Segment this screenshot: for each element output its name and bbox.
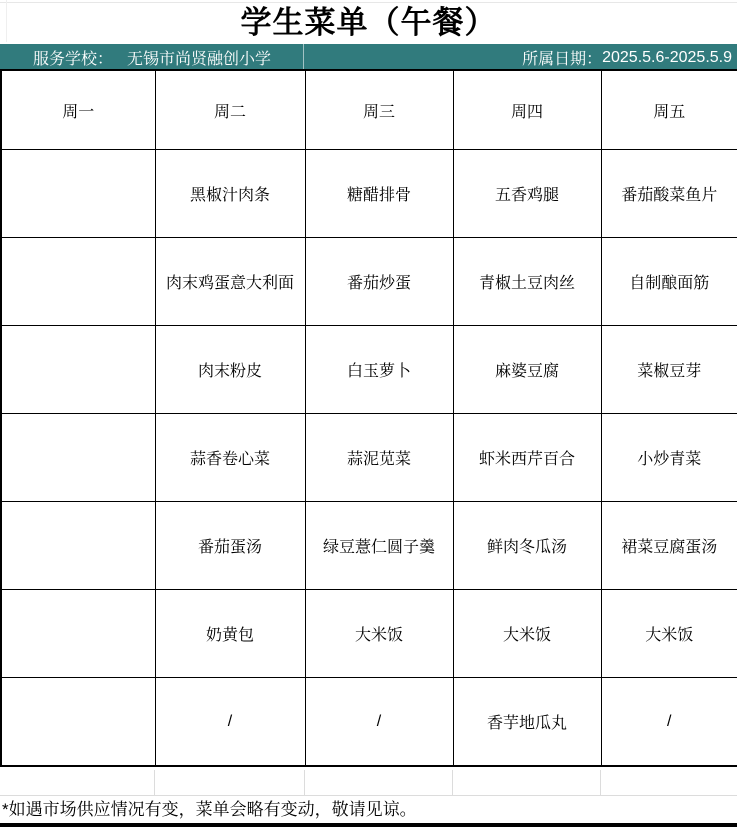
menu-cell: 番茄蛋汤: [155, 502, 305, 590]
menu-cell: 番茄炒蛋: [305, 238, 453, 326]
date-label: 所属日期：: [522, 46, 602, 69]
menu-cell: 绿豆薏仁圆子羹: [305, 502, 453, 590]
menu-cell: 大米饭: [453, 590, 601, 678]
menu-row: 肉末粉皮白玉萝卜麻婆豆腐菜椒豆芽: [1, 326, 737, 414]
menu-row: 蒜香卷心菜蒜泥苋菜虾米西芹百合小炒青菜: [1, 414, 737, 502]
date-info-cell: 所属日期： 2025.5.6-2025.5.9: [304, 44, 737, 71]
page-title: 学生菜单（午餐）: [0, 3, 737, 43]
menu-cell: [1, 326, 155, 414]
menu-cell: 白玉萝卜: [305, 326, 453, 414]
menu-cell: 裙菜豆腐蛋汤: [601, 502, 737, 590]
menu-table: 周一周二周三周四周五黑椒汁肉条糖醋排骨五香鸡腿番茄酸菜鱼片肉末鸡蛋意大利面番茄炒…: [0, 69, 737, 767]
menu-cell: [1, 502, 155, 590]
ghost-gridline: [600, 770, 601, 795]
menu-cell: 香芋地瓜丸: [453, 678, 601, 767]
info-bar: 服务学校： 无锡市尚贤融创小学 所属日期： 2025.5.6-2025.5.9: [0, 44, 737, 71]
menu-cell: 虾米西芹百合: [453, 414, 601, 502]
menu-cell: [1, 150, 155, 238]
ghost-gridline: [154, 770, 155, 795]
menu-cell: [1, 678, 155, 767]
ghost-gridline: [452, 770, 453, 795]
menu-cell: 大米饭: [601, 590, 737, 678]
day-header-cell: 周三: [305, 70, 453, 150]
menu-cell: /: [305, 678, 453, 767]
menu-cell: 大米饭: [305, 590, 453, 678]
day-header-cell: 周四: [453, 70, 601, 150]
day-header-cell: 周二: [155, 70, 305, 150]
ghost-gridline: [304, 770, 305, 795]
menu-row: 黑椒汁肉条糖醋排骨五香鸡腿番茄酸菜鱼片: [1, 150, 737, 238]
menu-row: 肉末鸡蛋意大利面番茄炒蛋青椒土豆肉丝自制酿面筋: [1, 238, 737, 326]
day-header-cell: 周五: [601, 70, 737, 150]
menu-row: 奶黄包大米饭大米饭大米饭: [1, 590, 737, 678]
menu-cell: 黑椒汁肉条: [155, 150, 305, 238]
footer-note: *如遇市场供应情况有变，菜单会略有变动，敬请见谅。: [2, 799, 732, 821]
menu-cell: 五香鸡腿: [453, 150, 601, 238]
menu-cell: 蒜泥苋菜: [305, 414, 453, 502]
menu-cell: 番茄酸菜鱼片: [601, 150, 737, 238]
menu-row: //香芋地瓜丸/: [1, 678, 737, 767]
menu-row: 番茄蛋汤绿豆薏仁圆子羹鲜肉冬瓜汤裙菜豆腐蛋汤: [1, 502, 737, 590]
lunch-menu-page: 学生菜单（午餐） 服务学校： 无锡市尚贤融创小学 所属日期： 2025.5.6-…: [0, 0, 737, 827]
menu-cell: [1, 590, 155, 678]
menu-cell: 菜椒豆芽: [601, 326, 737, 414]
menu-cell: 小炒青菜: [601, 414, 737, 502]
menu-cell: 自制酿面筋: [601, 238, 737, 326]
school-label: 服务学校：: [33, 46, 113, 69]
menu-cell: 鲜肉冬瓜汤: [453, 502, 601, 590]
menu-cell: 青椒土豆肉丝: [453, 238, 601, 326]
day-header-row: 周一周二周三周四周五: [1, 70, 737, 150]
school-name: 无锡市尚贤融创小学: [127, 46, 271, 69]
menu-cell: [1, 238, 155, 326]
menu-cell: 麻婆豆腐: [453, 326, 601, 414]
menu-cell: [1, 414, 155, 502]
ghost-grid-row: [0, 770, 737, 796]
menu-cell: /: [155, 678, 305, 767]
menu-cell: 肉末鸡蛋意大利面: [155, 238, 305, 326]
date-value: 2025.5.6-2025.5.9: [602, 49, 732, 67]
menu-cell: 奶黄包: [155, 590, 305, 678]
menu-cell: 蒜香卷心菜: [155, 414, 305, 502]
menu-cell: 糖醋排骨: [305, 150, 453, 238]
menu-cell: /: [601, 678, 737, 767]
day-header-cell: 周一: [1, 70, 155, 150]
bottom-edge-bar: [0, 823, 737, 827]
school-info-cell: 服务学校： 无锡市尚贤融创小学: [0, 44, 304, 71]
menu-cell: 肉末粉皮: [155, 326, 305, 414]
